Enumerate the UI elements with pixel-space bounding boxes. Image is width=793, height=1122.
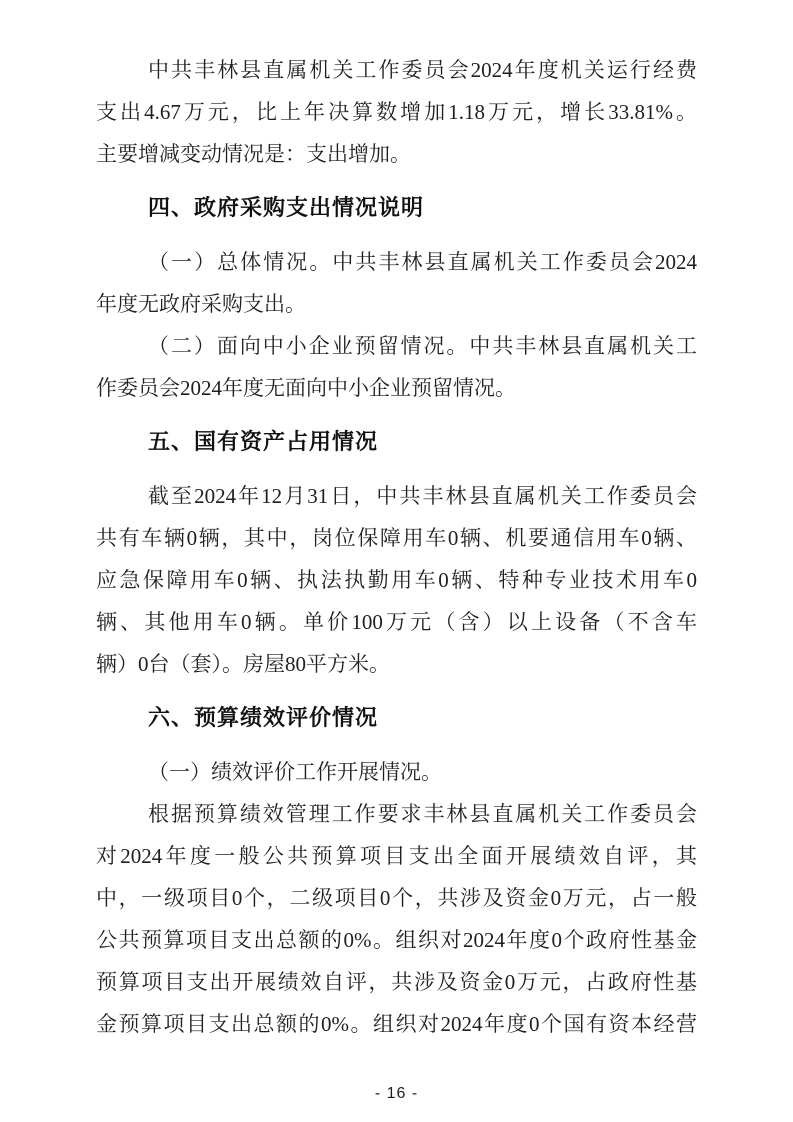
- paragraph-operating-funds: 中共丰林县直属机关工作委员会2024年度机关运行经费 支出4.67万元，比上年决…: [96, 49, 697, 175]
- paragraph-state-assets: 截至2024年12月31日，中共丰林县直属机关工作委员会 共有车辆0辆，其中，岗…: [96, 475, 697, 685]
- text-line: 金预算项目支出总额的0%。组织对2024年度0个国有资本经营: [96, 1003, 697, 1045]
- section-heading-state-assets: 五、国有资产占用情况: [96, 421, 697, 463]
- document-page: 中共丰林县直属机关工作委员会2024年度机关运行经费 支出4.67万元，比上年决…: [0, 0, 793, 1122]
- text-line: 共有车辆0辆，其中，岗位保障用车0辆、机要通信用车0辆、: [96, 517, 697, 559]
- paragraph-performance-subtitle: （一）绩效评价工作开展情况。: [96, 751, 697, 793]
- section-heading-procurement: 四、政府采购支出情况说明: [96, 187, 697, 229]
- text-line: 年度无政府采购支出。: [96, 283, 697, 325]
- text-line: 截至2024年12月31日，中共丰林县直属机关工作委员会: [96, 475, 697, 517]
- text-line: 主要增减变动情况是：支出增加。: [96, 133, 697, 175]
- document-body: 中共丰林县直属机关工作委员会2024年度机关运行经费 支出4.67万元，比上年决…: [96, 49, 697, 1045]
- text-line: 辆）0台（套）。房屋80平方米。: [96, 643, 697, 685]
- text-line: （一）绩效评价工作开展情况。: [96, 751, 697, 793]
- text-line: 根据预算绩效管理工作要求丰林县直属机关工作委员会: [96, 793, 697, 835]
- text-line: 作委员会2024年度无面向中小企业预留情况。: [96, 367, 697, 409]
- text-line: （一）总体情况。中共丰林县直属机关工作委员会2024: [96, 241, 697, 283]
- page-number: - 16 -: [0, 1083, 793, 1105]
- section-heading-performance: 六、预算绩效评价情况: [96, 697, 697, 739]
- paragraph-sme-reserve: （二）面向中小企业预留情况。中共丰林县直属机关工 作委员会2024年度无面向中小…: [96, 325, 697, 409]
- text-line: 对2024年度一般公共预算项目支出全面开展绩效自评，其: [96, 835, 697, 877]
- text-line: 辆、其他用车0辆。单价100万元（含）以上设备（不含车: [96, 601, 697, 643]
- text-line: 中共丰林县直属机关工作委员会2024年度机关运行经费: [96, 49, 697, 91]
- text-line: 预算项目支出开展绩效自评，共涉及资金0万元，占政府性基: [96, 961, 697, 1003]
- paragraph-performance-detail: 根据预算绩效管理工作要求丰林县直属机关工作委员会 对2024年度一般公共预算项目…: [96, 793, 697, 1045]
- text-line: 支出4.67万元，比上年决算数增加1.18万元，增长33.81%。: [96, 91, 697, 133]
- text-line: 中，一级项目0个，二级项目0个，共涉及资金0万元，占一般: [96, 877, 697, 919]
- text-line: 公共预算项目支出总额的0%。组织对2024年度0个政府性基金: [96, 919, 697, 961]
- text-line: 应急保障用车0辆、执法执勤用车0辆、特种专业技术用车0: [96, 559, 697, 601]
- text-line: （二）面向中小企业预留情况。中共丰林县直属机关工: [96, 325, 697, 367]
- paragraph-procurement-overall: （一）总体情况。中共丰林县直属机关工作委员会2024 年度无政府采购支出。: [96, 241, 697, 325]
